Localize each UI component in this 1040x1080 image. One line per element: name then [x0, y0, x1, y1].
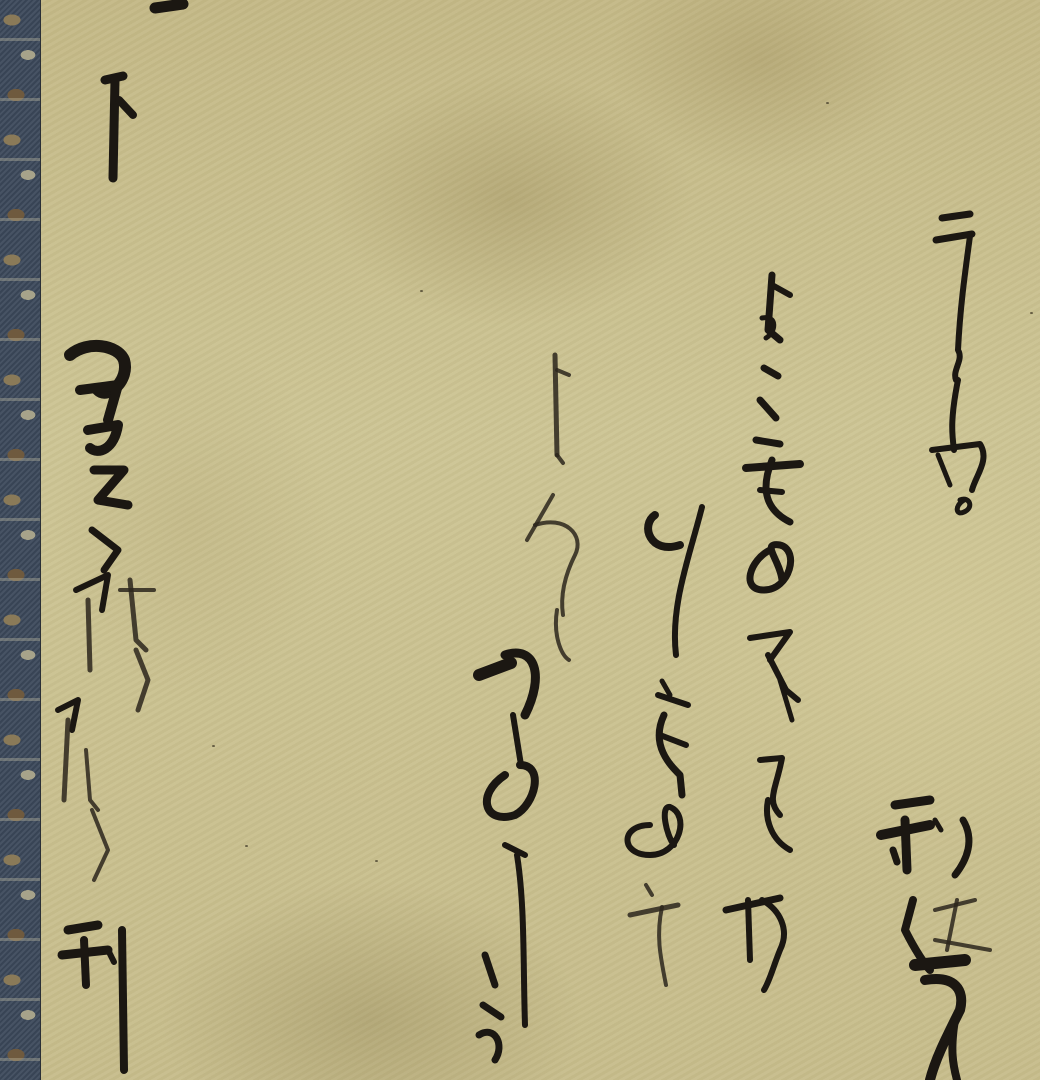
brocade-mounting: [0, 0, 41, 1080]
paper-speck: [826, 102, 829, 104]
calligraphy-column-4: とろとわあらしそ: [465, 345, 585, 1065]
calligraphy-column-3: むしやきのそ: [610, 495, 720, 995]
paper-speck: [245, 845, 248, 847]
scroll-photograph: 三くわ 利休 よこ毛のす: [0, 0, 1040, 1080]
paper-speck: [420, 290, 423, 292]
paper-speck: [212, 745, 215, 747]
signature-rikyu: 利休: [875, 790, 985, 1080]
calligraphy-address-column: 関宗佐殿参 利: [58, 330, 158, 1070]
paper-speck: [375, 860, 378, 862]
calligraphy-column-1: 三くわ: [920, 200, 1010, 520]
calligraphy-column-2: よこ毛のすまゐわ: [720, 260, 820, 1000]
paper-speck: [1030, 312, 1033, 314]
calligraphy-top-left-mark: 下: [95, 0, 195, 190]
